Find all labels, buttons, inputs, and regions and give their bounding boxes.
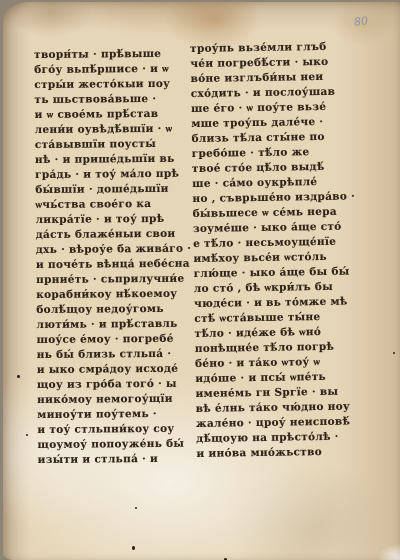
text-line: прние́ть · сьприлучни́е [36, 272, 182, 288]
ink-speck [135, 507, 137, 509]
text-line: изы́ти и стльпа́ · и [38, 452, 184, 468]
text-line: и ыко смра́доу исходе́ [37, 362, 183, 378]
ink-speck [132, 546, 135, 550]
text-line: да́сть блаже́ныи свои [36, 227, 182, 243]
text-line: чюде́си · и вь то́мже мѣ [194, 294, 360, 312]
text-line: шоу́се е́моу · погребе́ [37, 332, 183, 348]
manuscript-page: 80 творн́ты · прѣ́вышебго́у вьпѣ́ршисе ·… [3, 2, 400, 560]
text-line: творн́ты · прѣ́выше [34, 47, 180, 63]
ink-speck [393, 352, 395, 354]
text-line: и поче́ть вѣнца́ небе́сна [36, 257, 182, 273]
text-line: стры́и жесто́кыи поу [34, 77, 180, 93]
ink-speck [17, 375, 20, 378]
text-line: и тоу́ стльпни́коу соу [37, 422, 183, 438]
text-block: творн́ты · прѣ́вышебго́у вьпѣ́ршисе · и … [34, 42, 356, 468]
text-line: ликра́тїе · и тоу́ прѣ [35, 212, 181, 228]
text-line: бго́у вьпѣ́ршисе · и ѡ [34, 62, 180, 78]
text-line: схо́дить · и послоу́шав [191, 84, 357, 102]
ink-speck [26, 434, 28, 436]
text-line: дѣ́щоую на прѣсто́лѣ · [196, 429, 362, 447]
text-line: лени́и оувѣдѣ́вшїи · ѡ [35, 122, 181, 138]
text-line: е тѣ́ло · несьмоуще́нїе [193, 234, 359, 252]
text-line: нѣ · и прише́дьшїи вь [35, 152, 181, 168]
text-line: и ѡ свое́мь прѣ́став [35, 107, 181, 123]
text-line: нь бы́ близь стльпа́ · [37, 347, 183, 363]
text-line: люти́мь · и прѣ́ставль [36, 317, 182, 333]
text-line: миноу́ти поу́темь · [37, 407, 183, 423]
text-column-right: троу́пь вьзе́мли глъбче́и погребѣ́сти · … [190, 39, 363, 468]
text-line: болѣ́щоу недоу́гомь [36, 302, 182, 318]
text-line: гра́дь · и тоу́ ма́ло прѣ [35, 167, 181, 183]
manuscript-photo: 80 творн́ты · прѣ́вышебго́у вьпѣ́ршисе ·… [0, 0, 400, 560]
text-line: и ино́ва мно́жьство [196, 444, 362, 462]
text-line: ть шьствова́вьше · [34, 92, 180, 108]
text-line: дхь · вѣроу́е ба жива́го · [36, 242, 182, 258]
folio-number: 80 [353, 14, 368, 28]
text-line: щоу из гро́ба того́ · ы [37, 377, 183, 393]
text-line: глю́ще · ыко а́ще бы бы́ [194, 264, 360, 282]
text-line: бы́вшїи · доше́дьшїи [35, 182, 181, 198]
text-column-left: творн́ты · прѣ́вышебго́у вьпѣ́ршисе · и … [34, 41, 184, 468]
text-line: корабни́коу нѣ́коемоу [36, 287, 182, 303]
text-line: ста́вывшїи поусты́ [35, 137, 181, 153]
text-line: нико́моу немогоу́щїи [37, 392, 183, 408]
text-line: ѡчь́ства свое́го ка [35, 197, 181, 213]
text-line: щоумоу́ попоуже́нь бы́ [37, 437, 183, 453]
